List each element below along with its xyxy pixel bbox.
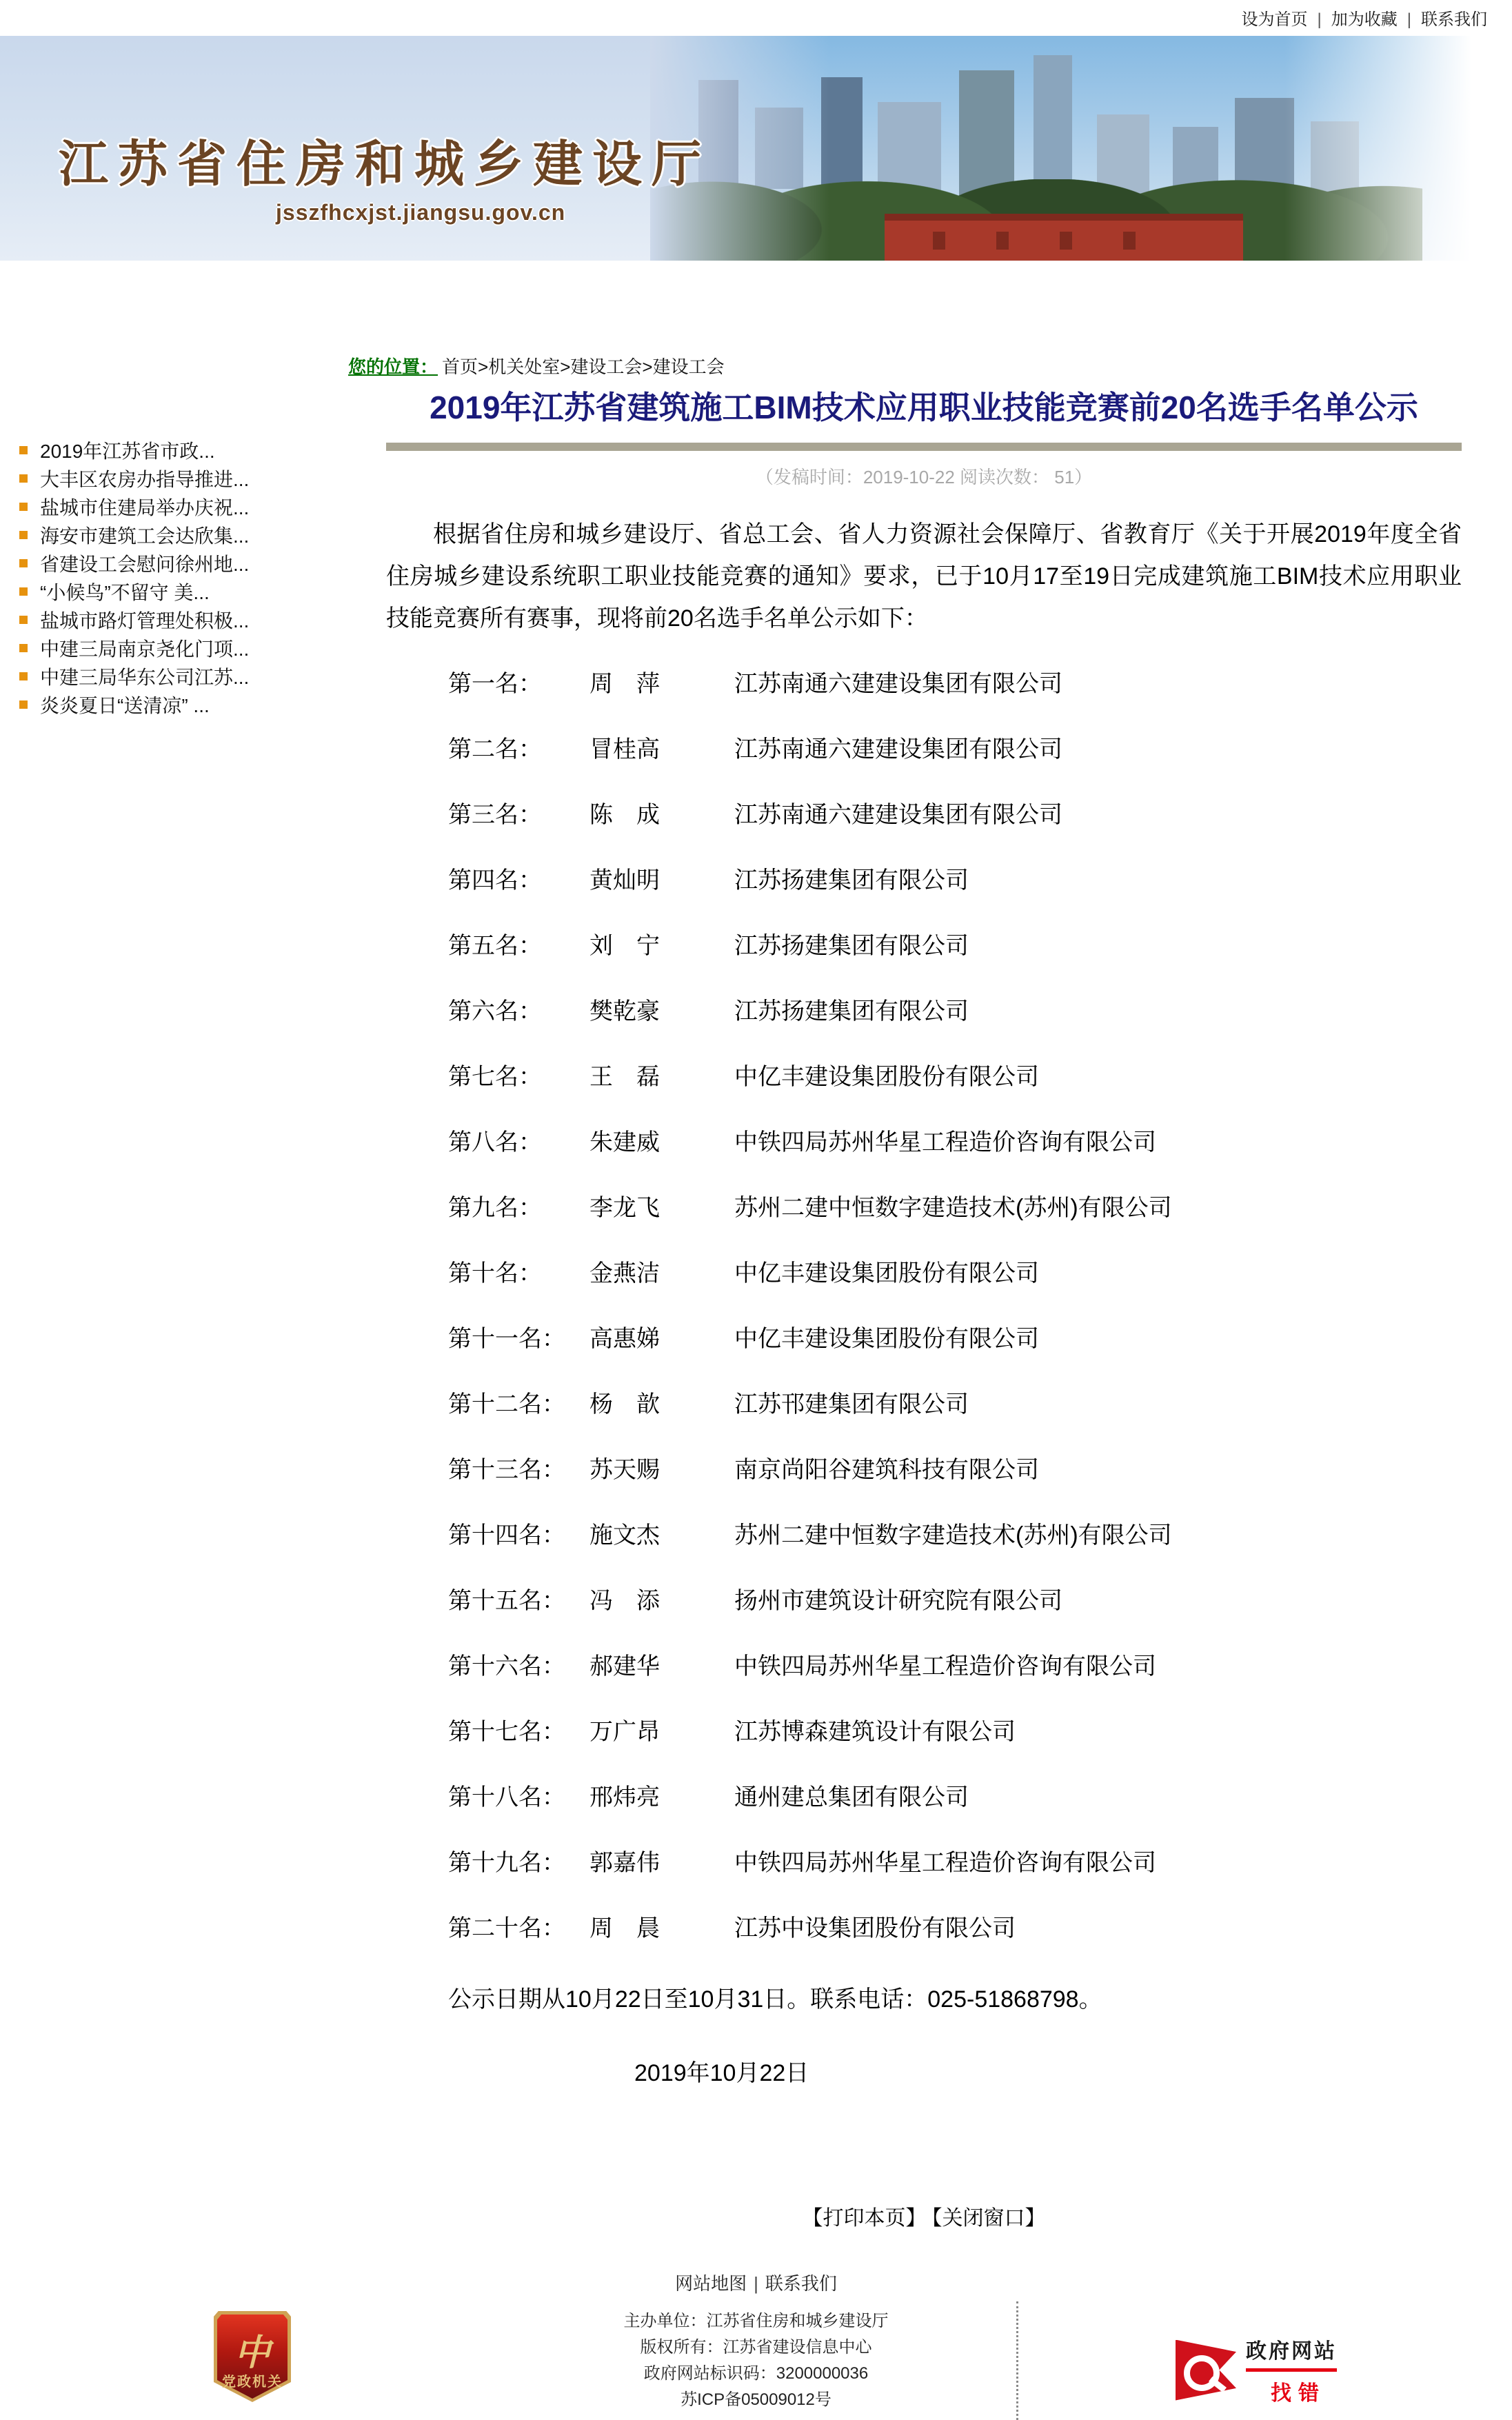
- square-bullet-icon: [19, 531, 28, 539]
- winner-rank: 第七名：: [448, 1063, 589, 1091]
- sidebar-item-label: 中建三局南京尧化门项...: [40, 634, 249, 662]
- winner-company: 江苏扬建集团有限公司: [734, 867, 969, 894]
- topbar-separator: |: [1407, 10, 1411, 29]
- winner-name: 李龙飞: [589, 1194, 734, 1222]
- winner-company: 中亿丰建设集团股份有限公司: [734, 1325, 1039, 1353]
- sidebar-item-label: 盐城市路灯管理处积极...: [40, 606, 249, 634]
- footer-links: 网站地图|联系我们: [0, 2270, 1512, 2295]
- winner-name: 王 磊: [589, 1063, 734, 1091]
- winner-rank: 第十六名：: [448, 1653, 589, 1680]
- red-wall-shape: [885, 214, 1243, 261]
- sidebar-item[interactable]: 炎炎夏日“送清凉” ...: [19, 690, 336, 718]
- winner-row: 第六名：樊乾豪江苏扬建集团有限公司: [448, 998, 1462, 1025]
- photo-right-fade: [1284, 36, 1512, 261]
- winner-rank: 第三名：: [448, 801, 589, 829]
- winner-company: 江苏博森建筑设计有限公司: [734, 1718, 1016, 1746]
- square-bullet-icon: [19, 474, 28, 483]
- footer-contact-link[interactable]: 联系我们: [765, 2273, 837, 2294]
- winner-row: 第二名：冒桂高江苏南通六建建设集团有限公司: [448, 736, 1462, 763]
- footer-dotted-divider: [1016, 2301, 1018, 2420]
- winner-rank: 第六名：: [448, 998, 589, 1025]
- winner-name: 朱建威: [589, 1129, 734, 1156]
- site-banner: 江苏省住房和城乡建设厅 jsszfhcxjst.jiangsu.gov.cn: [0, 36, 1512, 261]
- contact-us-link[interactable]: 联系我们: [1421, 10, 1487, 29]
- square-bullet-icon: [19, 672, 28, 680]
- winner-row: 第十三名：苏天赐南京尚阳谷建筑科技有限公司: [448, 1456, 1462, 1484]
- winner-row: 第十二名：杨 歆江苏邗建集团有限公司: [448, 1391, 1462, 1418]
- sidebar-item[interactable]: 大丰区农房办指导推进...: [19, 464, 336, 492]
- winner-rank: 第十七名：: [448, 1718, 589, 1746]
- find-error-divider: [1246, 2368, 1337, 2372]
- set-homepage-link[interactable]: 设为首页: [1242, 10, 1308, 29]
- sidebar-item-label: 海安市建筑工会达欣集...: [40, 521, 249, 549]
- sidebar-news-list: 2019年江苏省市政... 大丰区农房办指导推进... 盐城市住建局举办庆祝..…: [19, 436, 336, 718]
- winner-company: 中铁四局苏州华星工程造价咨询有限公司: [734, 1653, 1156, 1680]
- winner-company: 中铁四局苏州华星工程造价咨询有限公司: [734, 1849, 1156, 1877]
- winner-company: 通州建总集团有限公司: [734, 1784, 969, 1811]
- shield-label: 党政机关: [214, 2370, 291, 2390]
- article-content: 2019年江苏省建筑施工BIM技术应用职业技能竞赛前20名选手名单公示 （发稿时…: [386, 383, 1462, 2088]
- sidebar-item[interactable]: 2019年江苏省市政...: [19, 436, 336, 464]
- winner-company: 江苏扬建集团有限公司: [734, 998, 969, 1025]
- winner-row: 第七名：王 磊中亿丰建设集团股份有限公司: [448, 1063, 1462, 1091]
- winner-company: 苏州二建中恒数字建造技术(苏州)有限公司: [734, 1522, 1172, 1549]
- add-favorite-link[interactable]: 加为收藏: [1331, 10, 1398, 29]
- gov-site-find-error-badge[interactable]: 政府网站 找错: [1176, 2334, 1337, 2406]
- winner-rank: 第十九名：: [448, 1849, 589, 1877]
- winner-name: 郝建华: [589, 1653, 734, 1680]
- winner-row: 第十五名：冯 添扬州市建筑设计研究院有限公司: [448, 1587, 1462, 1615]
- sidebar-item-label: 大丰区农房办指导推进...: [40, 465, 249, 492]
- winner-row: 第十四名：施文杰苏州二建中恒数字建造技术(苏州)有限公司: [448, 1522, 1462, 1549]
- article-date: 2019年10月22日: [386, 2054, 1462, 2088]
- winner-rank: 第九名：: [448, 1194, 589, 1222]
- winner-company: 江苏邗建集团有限公司: [734, 1391, 969, 1418]
- close-window-button[interactable]: 【关闭窗口】: [932, 2207, 1046, 2230]
- winner-name: 周 晨: [589, 1915, 734, 1942]
- find-error-line2: 找错: [1246, 2376, 1337, 2406]
- sidebar-item[interactable]: 省建设工会慰问徐州地...: [19, 549, 336, 577]
- winner-rank: 第十二名：: [448, 1391, 589, 1418]
- winner-name: 樊乾豪: [589, 998, 734, 1025]
- sidebar-item-label: 盐城市住建局举办庆祝...: [40, 493, 249, 521]
- winner-row: 第十八名：邢炜亮通州建总集团有限公司: [448, 1784, 1462, 1811]
- winner-rank: 第十五名：: [448, 1587, 589, 1615]
- title-divider: [386, 443, 1462, 451]
- winner-rank: 第十一名：: [448, 1325, 589, 1353]
- winner-company: 中亿丰建设集团股份有限公司: [734, 1260, 1039, 1287]
- print-page-button[interactable]: 【打印本页】: [803, 2207, 927, 2230]
- winner-name: 郭嘉伟: [589, 1849, 734, 1877]
- winner-company: 江苏南通六建建设集团有限公司: [734, 670, 1062, 698]
- square-bullet-icon: [19, 446, 28, 454]
- winner-row: 第三名：陈 成江苏南通六建建设集团有限公司: [448, 801, 1462, 829]
- square-bullet-icon: [19, 587, 28, 596]
- winner-row: 第八名：朱建威中铁四局苏州华星工程造价咨询有限公司: [448, 1129, 1462, 1156]
- footer-separator: |: [754, 2273, 758, 2294]
- winner-row: 第十名：金燕洁中亿丰建设集团股份有限公司: [448, 1260, 1462, 1287]
- winner-company: 江苏扬建集团有限公司: [734, 932, 969, 960]
- winner-company: 中亿丰建设集团股份有限公司: [734, 1063, 1039, 1091]
- winner-company: 江苏中设集团股份有限公司: [734, 1915, 1016, 1942]
- winner-company: 苏州二建中恒数字建造技术(苏州)有限公司: [734, 1194, 1172, 1222]
- topbar-separator: |: [1318, 10, 1322, 29]
- square-bullet-icon: [19, 644, 28, 652]
- article-paragraph: 根据省住房和城乡建设厅、省总工会、省人力资源社会保障厅、省教育厅《关于开展201…: [386, 514, 1462, 640]
- winner-rank: 第二十名：: [448, 1915, 589, 1942]
- winner-name: 万广昂: [589, 1718, 734, 1746]
- sidebar-item[interactable]: 海安市建筑工会达欣集...: [19, 521, 336, 549]
- breadcrumb-path[interactable]: 首页>机关处室>建设工会>建设工会: [442, 356, 725, 377]
- winner-rank: 第十名：: [448, 1260, 589, 1287]
- closing-line: 公示日期从10月22日至10月31日。联系电话：025-51868798。: [386, 1980, 1462, 2014]
- sidebar-item[interactable]: 中建三局南京尧化门项...: [19, 634, 336, 662]
- winner-company: 江苏南通六建建设集团有限公司: [734, 736, 1062, 763]
- winner-name: 冒桂高: [589, 736, 734, 763]
- winner-company: 江苏南通六建建设集团有限公司: [734, 801, 1062, 829]
- winner-name: 陈 成: [589, 801, 734, 829]
- winner-row: 第十六名：郝建华中铁四局苏州华星工程造价咨询有限公司: [448, 1653, 1462, 1680]
- winner-name: 高惠娣: [589, 1325, 734, 1353]
- winner-row: 第九名：李龙飞苏州二建中恒数字建造技术(苏州)有限公司: [448, 1194, 1462, 1222]
- breadcrumb: 您的位置：首页>机关处室>建设工会>建设工会: [348, 353, 725, 379]
- city-skyline-photo: [650, 36, 1512, 261]
- winner-row: 第一名：周 萍江苏南通六建建设集团有限公司: [448, 670, 1462, 698]
- winner-rank: 第十四名：: [448, 1522, 589, 1549]
- shield-emblem-icon: 中: [214, 2323, 291, 2375]
- winner-company: 南京尚阳谷建筑科技有限公司: [734, 1456, 1039, 1484]
- winner-company: 扬州市建筑设计研究院有限公司: [734, 1587, 1062, 1615]
- winner-name: 苏天赐: [589, 1456, 734, 1484]
- sidebar-item-label: 2019年江苏省市政...: [40, 436, 215, 464]
- winner-row: 第十七名：万广昂江苏博森建筑设计有限公司: [448, 1718, 1462, 1746]
- winner-row: 第二十名：周 晨江苏中设集团股份有限公司: [448, 1915, 1462, 1942]
- page: 设为首页|加为收藏|联系我们 江苏省住房和城乡建设厅 jsszfhcxjst.j…: [0, 0, 1512, 2420]
- winner-row: 第十一名：高惠娣中亿丰建设集团股份有限公司: [448, 1325, 1462, 1353]
- site-url: jsszfhcxjst.jiangsu.gov.cn: [276, 200, 565, 225]
- sitemap-link[interactable]: 网站地图: [675, 2273, 747, 2294]
- winner-name: 金燕洁: [589, 1260, 734, 1287]
- sidebar-item-label: “小候鸟”不留守 美...: [40, 578, 210, 605]
- winner-rank: 第四名：: [448, 867, 589, 894]
- winner-rank: 第五名：: [448, 932, 589, 960]
- square-bullet-icon: [19, 503, 28, 511]
- winner-name: 邢炜亮: [589, 1784, 734, 1811]
- find-error-line1: 政府网站: [1246, 2334, 1337, 2364]
- party-government-badge[interactable]: 中 党政机关: [214, 2311, 291, 2402]
- winner-rank: 第十八名：: [448, 1784, 589, 1811]
- winner-name: 周 萍: [589, 670, 734, 698]
- winner-rank: 第八名：: [448, 1129, 589, 1156]
- square-bullet-icon: [19, 559, 28, 567]
- sidebar-item[interactable]: 盐城市住建局举办庆祝...: [19, 492, 336, 521]
- topbar: 设为首页|加为收藏|联系我们: [0, 0, 1512, 36]
- square-bullet-icon: [19, 700, 28, 709]
- winner-row: 第十九名：郭嘉伟中铁四局苏州华星工程造价咨询有限公司: [448, 1849, 1462, 1877]
- sidebar-item-label: 省建设工会慰问徐州地...: [40, 549, 249, 577]
- magnifier-icon: [1176, 2340, 1236, 2401]
- winner-company: 中铁四局苏州华星工程造价咨询有限公司: [734, 1129, 1156, 1156]
- winner-rank: 第一名：: [448, 670, 589, 698]
- winner-name: 黄灿明: [589, 867, 734, 894]
- winner-list: 第一名：周 萍江苏南通六建建设集团有限公司 第二名：冒桂高江苏南通六建建设集团有…: [386, 670, 1462, 1942]
- site-title: 江苏省住房和城乡建设厅: [59, 124, 711, 196]
- sidebar-item[interactable]: 中建三局华东公司江苏...: [19, 662, 336, 690]
- winner-name: 冯 添: [589, 1587, 734, 1615]
- topbar-links: 设为首页|加为收藏|联系我们: [1242, 6, 1487, 30]
- article-meta: （发稿时间：2019-10-22 阅读次数： 51）: [386, 463, 1462, 489]
- sidebar-item[interactable]: “小候鸟”不留守 美...: [19, 577, 336, 605]
- winner-rank: 第二名：: [448, 736, 589, 763]
- page-title: 2019年江苏省建筑施工BIM技术应用职业技能竞赛前20名选手名单公示: [407, 383, 1441, 432]
- sidebar-item-label: 炎炎夏日“送清凉” ...: [40, 691, 210, 718]
- winner-row: 第五名：刘 宁江苏扬建集团有限公司: [448, 932, 1462, 960]
- sidebar-item-label: 中建三局华东公司江苏...: [40, 663, 249, 690]
- winner-row: 第四名：黄灿明江苏扬建集团有限公司: [448, 867, 1462, 894]
- breadcrumb-label: 您的位置：: [348, 356, 438, 377]
- winner-name: 杨 歆: [589, 1391, 734, 1418]
- winner-rank: 第十三名：: [448, 1456, 589, 1484]
- article-actions: 【打印本页】【关闭窗口】: [386, 2201, 1462, 2231]
- sidebar-item[interactable]: 盐城市路灯管理处积极...: [19, 605, 336, 634]
- winner-name: 施文杰: [589, 1522, 734, 1549]
- square-bullet-icon: [19, 616, 28, 624]
- find-error-text: 政府网站 找错: [1246, 2334, 1337, 2406]
- winner-name: 刘 宁: [589, 932, 734, 960]
